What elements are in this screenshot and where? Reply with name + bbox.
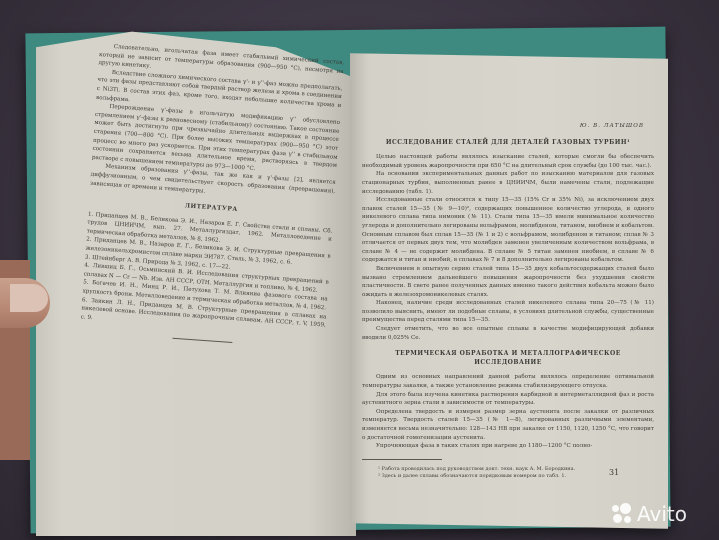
paragraph: Исследованные стали относятся к типу 15—… bbox=[362, 196, 654, 265]
avito-dots-icon bbox=[612, 503, 634, 525]
paragraph: Следует отметить, что во все опытные спл… bbox=[362, 325, 654, 342]
section-divider bbox=[172, 338, 232, 343]
paragraph: На основании экспериментальных данных ра… bbox=[362, 170, 654, 196]
footnote-rule bbox=[362, 459, 442, 460]
page-number: 31 bbox=[609, 468, 619, 477]
avito-watermark: Avito bbox=[612, 502, 687, 526]
paragraph: Упрочняющая фаза в таких сталях при нагр… bbox=[362, 442, 654, 451]
paragraph: Определена твердость и измерен размер зе… bbox=[362, 408, 654, 442]
left-page-text: Следовательно, игольчатая фаза имеет ста… bbox=[79, 42, 344, 360]
paragraph: Одним из основных направлений данной раб… bbox=[362, 373, 654, 390]
article-title: ИССЛЕДОВАНИЕ СТАЛЕЙ ДЛЯ ДЕТАЛЕЙ ГАЗОВЫХ … bbox=[362, 139, 654, 148]
right-page-text: Ю. В. ЛАТЫШОВ ИССЛЕДОВАНИЕ СТАЛЕЙ ДЛЯ ДЕ… bbox=[362, 122, 654, 480]
author-name: Ю. В. ЛАТЫШОВ bbox=[362, 122, 644, 131]
thumbnail bbox=[10, 284, 48, 312]
watermark-text: Avito bbox=[637, 502, 687, 526]
paragraph: Целью настоящей работы являлось изыскани… bbox=[362, 153, 654, 170]
paragraph: Для этого была изучена кинетика растворе… bbox=[362, 391, 654, 408]
paragraph: Наконец, наличие среди исследованных ста… bbox=[362, 299, 654, 325]
paragraph: Включением в опытную серию сталей типа 1… bbox=[362, 265, 654, 299]
section-heading: ТЕРМИЧЕСКАЯ ОБРАБОТКА И МЕТАЛЛОГРАФИЧЕСК… bbox=[362, 350, 654, 367]
